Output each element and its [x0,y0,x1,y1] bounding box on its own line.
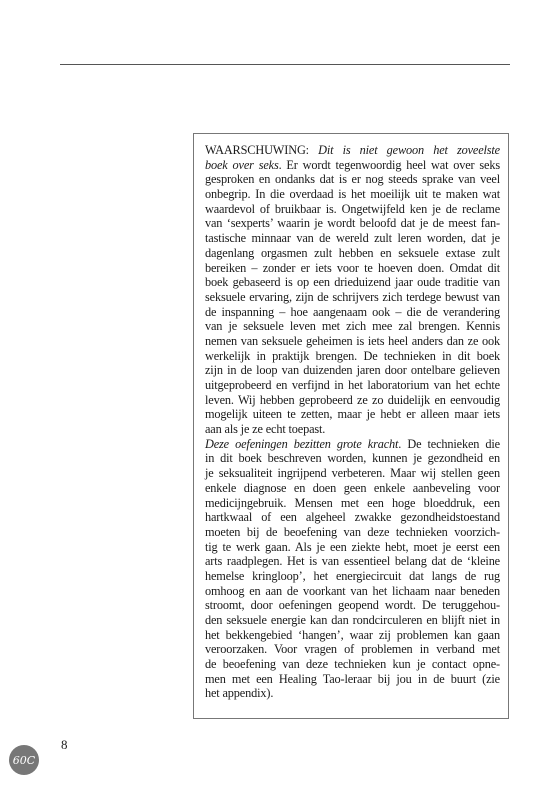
text-segment: bereiken – zonder er iets voor te hoeven… [205,261,500,275]
text-line: dagenlang orgasmen zult hebben en seksue… [205,246,500,261]
text-segment: arts raadplegen. Het is van essentieel b… [205,554,500,568]
text-line: arts raadplegen. Het is van essentieel b… [205,554,500,569]
text-segment: . De technieken die [398,437,500,451]
text-segment: leven. Wij hebben geprobeerd ze zo duide… [205,393,500,407]
text-line: gesproken en ondanks dat is er nog steed… [205,172,500,187]
text-segment: seksuele ervaring, zijn de schrijvers zi… [205,290,500,304]
bol-logo-icon: 60C [9,745,39,775]
text-segment: werkelijk in praktijk brengen. De techni… [205,349,500,363]
text-segment: tig te werk gaan. Als je een ziekte hebt… [205,540,500,554]
warning-text: WAARSCHUWING: Dit is niet gewoon het zov… [205,143,500,701]
text-line: WAARSCHUWING: Dit is niet gewoon het zov… [205,143,500,158]
warning-box: WAARSCHUWING: Dit is niet gewoon het zov… [193,133,509,719]
header-rule [60,64,510,65]
text-line: leven. Wij hebben geprobeerd ze zo duide… [205,393,500,408]
text-segment: boek gebaseerd is op een drieduizend jaa… [205,275,500,289]
text-line: het appendix). [205,686,500,701]
text-line: nemen van seksuele geheimen is iets heel… [205,334,500,349]
text-line: Deze oefeningen bezitten grote kracht. D… [205,437,500,452]
text-segment: veroorzaken. Voor vragen of problemen in… [205,642,500,656]
text-line: de inspanning – hoe aangenaam ook – die … [205,305,500,320]
text-segment: de beoefening van deze technieken kun je… [205,657,500,671]
text-line: hartkwaal of een algeheel zwakke gezondh… [205,510,500,525]
text-segment: van je seksuele leven met zich mee zal b… [205,319,500,333]
text-segment: het bekkengebied ‘hangen’, waar zij prob… [205,628,500,642]
text-line: seksuele ervaring, zijn de schrijvers zi… [205,290,500,305]
text-segment: mogelijk uiteen te zetten, maar je hebt … [205,407,500,421]
text-line: uitgeprobeerd en verfijnd in het laborat… [205,378,500,393]
text-line: den seksuele energie kan dan rondcircule… [205,613,500,628]
text-segment: zijn in de loop van duizenden jaren door… [205,363,500,377]
text-line: de beoefening van deze technieken kun je… [205,657,500,672]
text-segment: den seksuele energie kan dan rondcircule… [205,613,500,627]
text-segment: medicijngebruik. Mensen met een hoge blo… [205,496,500,510]
text-line: aan als je ze echt toepast. [205,422,500,437]
text-line: van je seksuele leven met zich mee zal b… [205,319,500,334]
text-line: mogelijk uiteen te zetten, maar je hebt … [205,407,500,422]
text-line: van ‘sexperts’ waarin je wordt beloofd d… [205,216,500,231]
text-segment: . Er wordt tegenwoordig heel wat over se… [279,158,500,172]
text-segment: gesproken en ondanks dat is er nog steed… [205,172,500,186]
text-segment: aan als je ze echt toepast. [205,422,325,436]
text-segment: de inspanning – hoe aangenaam ook – die … [205,305,500,319]
text-line: tig te werk gaan. Als je een ziekte hebt… [205,540,500,555]
text-line: stroomt, door oefeningen geopend wordt. … [205,598,500,613]
text-line: boek gebaseerd is op een drieduizend jaa… [205,275,500,290]
text-segment: moeten bij de beoefening van deze techni… [205,525,500,539]
emphasis-text: Deze oefeningen bezitten grote kracht [205,437,398,451]
text-line: in dit boek beschreven worden, kunnen je… [205,451,500,466]
text-segment: dagenlang orgasmen zult hebben en seksue… [205,246,500,260]
text-segment: hartkwaal of een algeheel zwakke gezondh… [205,510,500,524]
emphasis-text: boek over seks [205,158,279,172]
text-segment: uitgeprobeerd en verfijnd in het laborat… [205,378,500,392]
text-segment: WAARSCHUWING: [205,143,318,157]
text-line: bereiken – zonder er iets voor te hoeven… [205,261,500,276]
text-line: waardevol of bruikbaar is. Ongetwijfeld … [205,202,500,217]
text-line: werkelijk in praktijk brengen. De techni… [205,349,500,364]
text-segment: van ‘sexperts’ waarin je wordt beloofd d… [205,216,500,230]
text-line: hemelse kringloop’, het energiecircuit d… [205,569,500,584]
text-line: omhoog en aan de voorkant van het lichaa… [205,584,500,599]
text-segment: nemen van seksuele geheimen is iets heel… [205,334,500,348]
text-segment: in dit boek beschreven worden, kunnen je… [205,451,500,465]
text-line: boek over seks. Er wordt tegenwoordig he… [205,158,500,173]
text-line: medicijngebruik. Mensen met een hoge blo… [205,496,500,511]
text-line: onbegrip. In die overdaad is het moeilij… [205,187,500,202]
text-segment: onbegrip. In die overdaad is het moeilij… [205,187,500,201]
text-line: je seksualiteit ingrijpend verbeteren. M… [205,466,500,481]
emphasis-text: Dit is niet gewoon het zoveelste [318,143,500,157]
text-line: moeten bij de beoefening van deze techni… [205,525,500,540]
text-line: veroorzaken. Voor vragen of problemen in… [205,642,500,657]
text-line: het bekkengebied ‘hangen’, waar zij prob… [205,628,500,643]
text-segment: hemelse kringloop’, het energiecircuit d… [205,569,500,583]
text-line: men met een Healing Tao-leraar bij jou i… [205,672,500,687]
text-segment: enkele diagnose en doen geen enkele aanb… [205,481,500,495]
text-line: zijn in de loop van duizenden jaren door… [205,363,500,378]
text-segment: stroomt, door oefeningen geopend wordt. … [205,598,500,612]
page-number: 8 [61,737,68,753]
text-segment: omhoog en aan de voorkant van het lichaa… [205,584,500,598]
text-segment: tastische minnaar van de wereld zult ler… [205,231,500,245]
text-line: tastische minnaar van de wereld zult ler… [205,231,500,246]
text-segment: het appendix). [205,686,273,700]
text-segment: waardevol of bruikbaar is. Ongetwijfeld … [205,202,500,216]
text-segment: je seksualiteit ingrijpend verbeteren. M… [205,466,500,480]
text-line: enkele diagnose en doen geen enkele aanb… [205,481,500,496]
text-segment: men met een Healing Tao-leraar bij jou i… [205,672,500,686]
